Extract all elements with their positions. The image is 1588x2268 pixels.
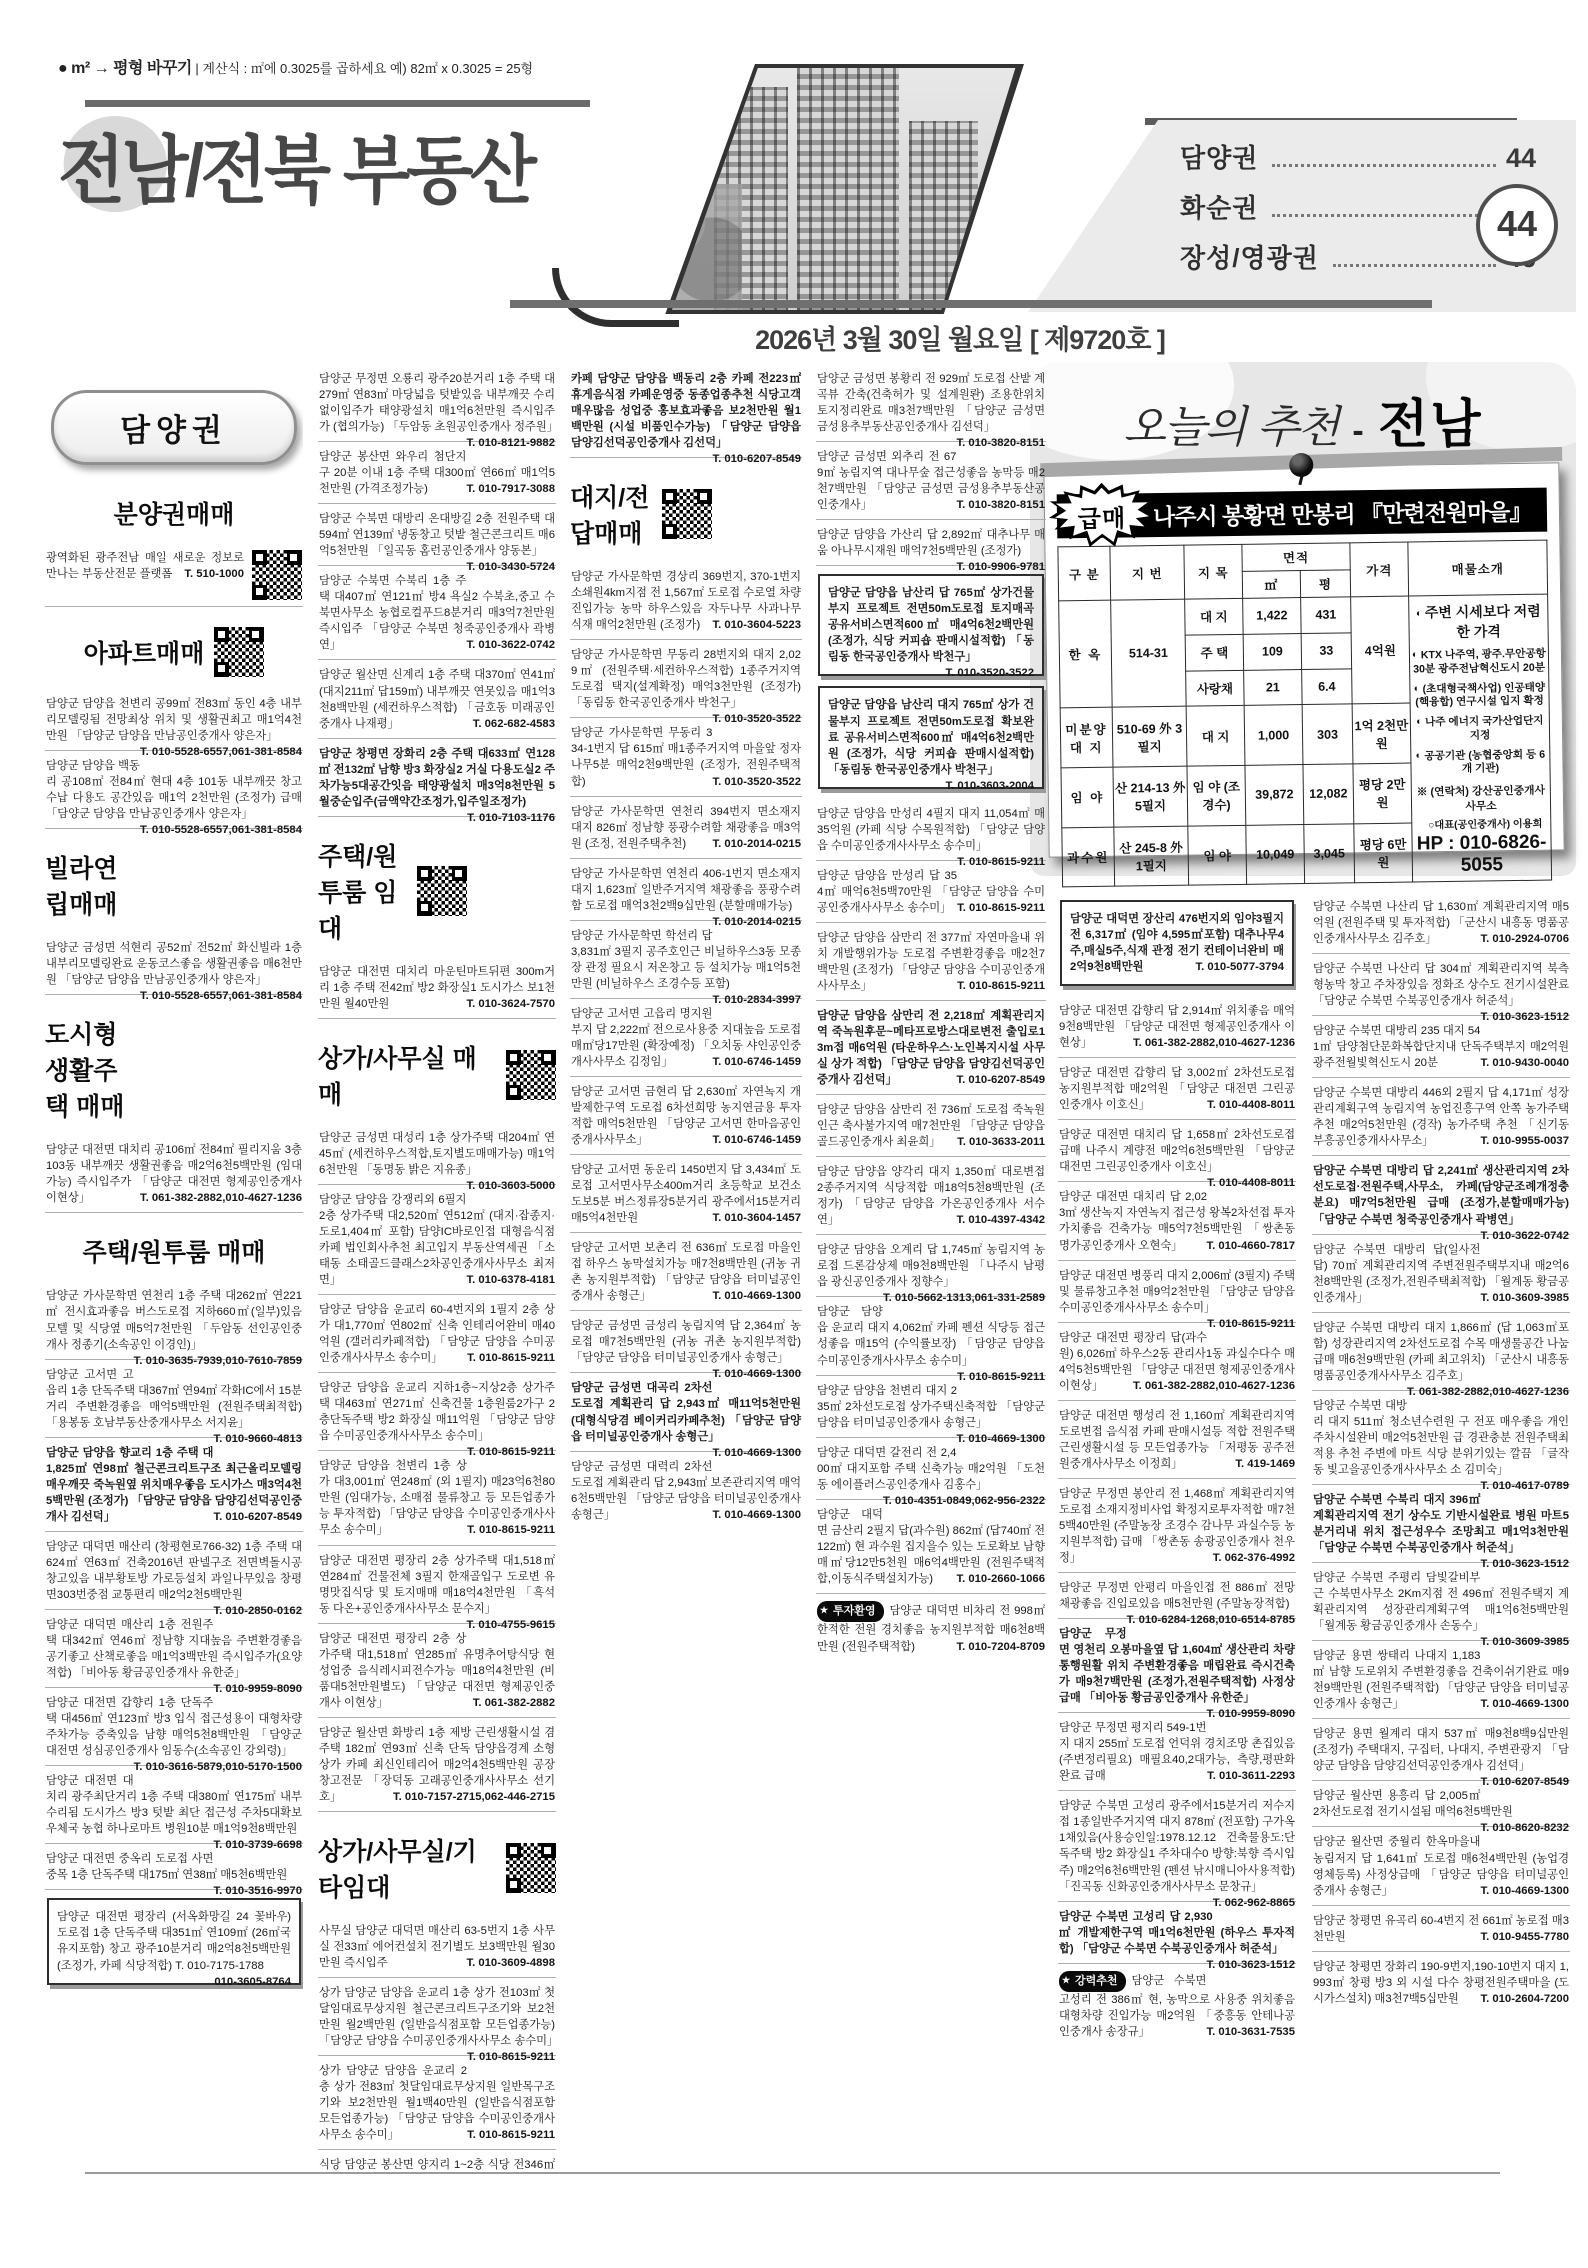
listing-item: 담양군 수북면 대방리 답(일사전답) 70㎡ 계획관리지역 주변전원주택부지내… xyxy=(1312,1235,1570,1313)
listing-text: 담양군 담양읍 백동리 공108㎡ 전84㎡ 현대 4층 101동 내부깨끗 창… xyxy=(46,760,302,820)
listing-item: 상가 담양군 담양읍 운교리 2층 상가 전83㎡ 첫달임대료무상지원 일반목구… xyxy=(318,2056,556,2150)
apartment-tower xyxy=(797,68,899,310)
dotted-leader xyxy=(1333,250,1496,267)
listing-text: 담양군 대전면 대치리 마운틴마트뒤편 300m거리 1층 주택 전42㎡ 방2… xyxy=(319,966,555,1010)
featured-kicker: 오늘의 추천 - 전남 xyxy=(1030,382,1576,457)
listing-item: 담양군 대전면 행성리 전 1,160㎡ 계획관리지역 도로변접 음식점 카페 … xyxy=(1058,1401,1296,1479)
cell-jimok: 대 지 xyxy=(1186,706,1245,766)
listing-item: 담양군 가사문학면 연천리 1층 주택 대262㎡ 연221㎡ 전시효과좋음 버… xyxy=(45,1281,303,1359)
listing-text: 담양군 담양읍 남산리 답 765㎡ 상가건물부지 프로젝트 전면50m도로접 … xyxy=(828,587,1034,663)
index-item-damyang: 담양권 44 xyxy=(1180,138,1536,175)
listing-phone: T. 010-6746-1459 xyxy=(712,1132,801,1148)
listing-item: 담양군 대전면 평장리 2층 상가주택 대1,518㎡ 연284㎡ 건물전체 3… xyxy=(318,1546,556,1624)
listing-phone: T. 010-3430-5724 xyxy=(466,559,555,575)
listing-item: 담양군 담양읍 남산리 대지 765㎡ 상가 건물부지 프로젝트 전면50m도로… xyxy=(818,686,1044,788)
intro-bullet: 공공기관 (농협중앙회 등 6개 기관) xyxy=(1412,747,1548,777)
listing-text: 담양군 수북면 주평리 담빛갈비부근 수북면사무소 2Km지점 전 496㎡ 전… xyxy=(1313,1572,1569,1632)
listing-phone: T. 010-3635-7939,010-7610-7859 xyxy=(134,1353,302,1369)
listing-text: 담양군 담양읍 천변리 1층 상가 대3,001㎡ 연248㎡ (외 1필지) … xyxy=(319,1460,555,1536)
listing-text: 담양군 대전면 대치리 답 1,658㎡ 2차선도로접 급매 나주시 계량전 매… xyxy=(1059,1129,1295,1173)
listing-text: 담양군 창평면 유곡리 60-4번지 전 661㎡ 농로접 매3천만원 T. 0… xyxy=(1313,1915,1569,1943)
featured-listing-table: 구 분 지 번 지 목 면적 가격 매물소개 ㎡ 평 한 옥 514-31 대 … xyxy=(1057,540,1552,888)
index-page-number: 44 xyxy=(1506,143,1536,174)
listing-item: 담양군 수북면 나산리 답 1,630㎡ 계획관리지역 매5억원 (전원주택 및… xyxy=(1312,892,1570,954)
listing-text: 담양군 담양읍 삼만리 전 736㎡ 도로접 죽녹원인근 축사불가지역 매7천만… xyxy=(817,1104,1045,1148)
listing-item: 담양군 담양읍 운교리 지하1층~지상2층 상가주택 대463㎡ 연271㎡ 신… xyxy=(318,1373,556,1451)
listing-item: 담양군 수북면 대방리 235 대지 541㎡ 담양첨단문화복합단지내 단독주택… xyxy=(1312,1016,1570,1078)
listing-text: 담양군 대전면 평장리 2층 상가주택 대1,518㎡ 연285㎡ 유명추어탕식… xyxy=(319,1633,555,1709)
listing-item: 담양군 금성면 외추리 전 679㎡ 농림지역 대나무숲 접근성좋음 농막등 매… xyxy=(816,442,1046,520)
listing-item: 담양군 담양읍 백동리 공108㎡ 전84㎡ 현대 4층 101동 내부깨끗 창… xyxy=(45,751,303,829)
listing-item: 담양군 대덕면 매산리 (창평현로766-32) 1층 주택 대624㎡ 연63… xyxy=(45,1532,303,1610)
listing-phone: T. 419-1469 xyxy=(1235,1456,1295,1472)
intro-bullet: KTX 나주역, 광주.무안공항 30분 광주전남혁신도시 20분 xyxy=(1411,647,1547,677)
cell-sqm: 109 xyxy=(1243,633,1301,670)
listing-text: 상가 담양군 담양읍 운교리 1층 상가 전103㎡ 첫달임대료무상지원 철근콘… xyxy=(319,1987,556,2047)
listing-text: 담양군 대전면 행성리 전 1,160㎡ 계획관리지역 도로변접 음식점 카페 … xyxy=(1059,1410,1295,1470)
listing-phone: T. 010-5077-3794 xyxy=(1195,959,1284,975)
listing-phone: T. 010-6378-4181 xyxy=(466,1272,555,1288)
listing-item: 담양군 담양읍 만성리 답 354㎡ 매억6천5백70만원 「담양군 담양읍 수… xyxy=(816,861,1046,923)
listing-phone: T. 010-3611-2293 xyxy=(1207,1768,1295,1784)
listing-item: 담양군 창평면 유곡리 60-4번지 전 661㎡ 농로접 매3천만원 T. 0… xyxy=(1312,1906,1570,1952)
listing-item: 담양군 수북면 주평리 담빛갈비부근 수북면사무소 2Km지점 전 496㎡ 전… xyxy=(1312,1563,1570,1641)
intro-bullet: (초대형국책사업) 인공태양(핵융합) 연구시설 입지 확정 xyxy=(1411,680,1547,710)
region-header: 담양권 xyxy=(51,390,297,465)
listing-text: 담양군 대덕면 매산리 (창평현로766-32) 1층 주택 대624㎡ 연63… xyxy=(46,1541,302,1601)
listing-phone: T. 010-8615-9211 xyxy=(957,1369,1045,1385)
cell-pyeong: 303 xyxy=(1302,704,1353,764)
listing-item: 담양군 금성면 금성리 농림지역 답 2,364㎡ 농로접 매7천5백만원 (귀… xyxy=(570,1311,802,1373)
cell-price: 평당 6만원 xyxy=(1354,823,1413,883)
cell-price: 평당 2만원 xyxy=(1353,763,1412,823)
listing-text: 담양군 수북면 고성리 광주에서15분거리 저수지접 1종일반주거지역 대지 8… xyxy=(1059,1800,1295,1892)
col-header-intro: 매물소개 xyxy=(1408,540,1548,596)
listing-item: 담양군 수북면 수북리 1층 주택 대407㎡ 연121㎡ 방4 욕실2 수북초… xyxy=(318,566,556,660)
listing-item: 투자환영담양군 대덕면 비차리 전 998㎡ 한적한 전원 경치좋음 농지원부적… xyxy=(816,1594,1046,1661)
listing-phone: T. 010-9959-8090 xyxy=(213,1681,302,1697)
section-header-label: 빌라연립매매 xyxy=(45,849,140,921)
listing-phone: T. 010-9455-7780 xyxy=(1480,1929,1569,1945)
listing-text: 담양군 담양읍 만성리 4필지 대지 11,054㎡ 매35억원 (카페 식당 … xyxy=(817,808,1045,852)
listing-text: 광역화된 광주전남 매일 새로운 정보로 만나는 부동산전문 플랫폼 T. 51… xyxy=(46,550,244,582)
listing-text: 담양군 가사문학면 연천리 394번지 면소재지 대지 826㎡ 정남향 풍광수… xyxy=(571,806,801,850)
listing-phone: T. 010-4397-4342 xyxy=(956,1212,1045,1228)
listing-item: 담양군 대전면 병풍리 대지 2,006㎡ (3필지) 주택 및 물류창고추천 … xyxy=(1058,1261,1296,1323)
listing-item: 담양군 수북면 수북리 대지 396㎡ 계획관리지역 전기 상수도 기반시설완료… xyxy=(1312,1485,1570,1563)
unit-conversion-formula: | 계산식 : ㎡에 0.3025를 곱하세요 예) 82㎡ x 0.3025 … xyxy=(192,61,533,76)
listing-phone: T. 010-5662-1313,061-331-2589 xyxy=(883,1290,1045,1306)
listing-text: 담양군 무정면 평지리 549-1번지 대지 255㎡ 도로접 언덕위 경치조망… xyxy=(1059,1722,1295,1782)
listing-phone: T. 010-2834-3997 xyxy=(712,992,801,1008)
listing-item: 담양군 수북면 대방리 온대방길 2층 전원주택 대594㎡ 연139㎡ 냉동창… xyxy=(318,504,556,566)
intro-contact-office: ※ (연락처) 강산공인중개사사무소 xyxy=(1413,783,1549,815)
listing-text: 담양군 봉산면 와우리 첨단지구 20분 이내 1층 주택 대300㎡ 연66㎡… xyxy=(319,451,555,495)
section-header-label: 아파트매매 xyxy=(84,634,205,670)
listing-phone: T. 062-682-4583 xyxy=(473,716,555,732)
listing-phone: T. 010-3633-2011 xyxy=(957,1134,1045,1150)
cell-sqm: 21 xyxy=(1244,669,1302,706)
listing-text: 담양군 월산면 화방리 1층 제방 근린생활시설 겸 주택 182㎡ 연93㎡ … xyxy=(319,1727,555,1803)
listing-phone: T. 010-4669-1300 xyxy=(712,1445,801,1461)
listing-phone: T. 010-4351-0849,062-956-2322 xyxy=(883,1493,1045,1509)
listing-text: 담양군 대전면 병풍리 대지 2,006㎡ (3필지) 주택 및 물류창고추천 … xyxy=(1059,1270,1295,1314)
listing-text: 담양군 대전면 갑향리 답 2,914㎡ 위치좋음 매억9천8백만원 「담양군 … xyxy=(1059,1005,1295,1049)
listing-phone: T. 010-3820-8151 xyxy=(956,497,1045,513)
listing-text: 담양군 고서면 고읍리 1층 단독주택 대367㎡ 연94㎡ 각화IC에서 15… xyxy=(46,1369,302,1429)
listing-phone: T. 010-9959-8090 xyxy=(1206,1706,1295,1722)
listing-phone: T. 010-3820-8151 xyxy=(956,435,1045,451)
listing-item: 식당 담양군 봉산면 양지리 1~2층 식당 전346㎡ 신축 엘리베이터 음식… xyxy=(318,2150,556,2170)
listing-text: 담양군 대전면 대치리 공106㎡ 전84㎡ 필리지움 3층 103동 내부깨끗… xyxy=(46,1144,302,1204)
promo-badge: 투자환영 xyxy=(817,1601,884,1623)
listing-phone: T. 010-9430-0040 xyxy=(1480,1055,1569,1071)
listing-item: 담양군 월산면 신계리 1층 주택 대370㎡ 연41㎡ (대지211㎡ 답15… xyxy=(318,660,556,738)
listing-text: 담양군 금성면 대력리 2차선도로접 계획관리 답 2,943㎡ 보존관리지역 … xyxy=(571,1461,801,1521)
listing-text: 담양군 수북면 수북리 대지 396㎡ 계획관리지역 전기 상수도 기반시설완료… xyxy=(1313,1494,1569,1554)
listing-phone: T. 010-6207-8549 xyxy=(712,451,801,467)
listing-item: 담양군 담양읍 양각리 대지 1,350㎡ 대로변접 2종주거지역 식당적합 매… xyxy=(816,1157,1046,1235)
listing-item: 담양군 담양읍 향교리 1층 주택 대1,825㎡ 연98㎡ 철근콘크리트구조 … xyxy=(45,1438,303,1532)
section-header: 주택/원투룸 임대 xyxy=(318,817,467,957)
cell-listing-intro: 주변 시세보다 저렴한 가격 KTX 나주역, 광주.무안공항 30분 광주전남… xyxy=(1409,594,1552,882)
section-header-label: 상가/사무실/기타임대 xyxy=(318,1832,496,1904)
featured-paper-card: 급매 나주시 봉황면 만봉리 『만련전원마을』 구 분 지 번 지 목 면적 가… xyxy=(1043,462,1564,857)
featured-ad-panel: 오늘의 추천 - 전남 급매 나주시 봉황면 만봉리 『만련전원마을』 구 분 … xyxy=(1030,362,1576,876)
listing-text: 투자환영담양군 대덕면 비차리 전 998㎡ 한적한 전원 경치좋음 농지원부적… xyxy=(817,1605,1045,1653)
listing-text: 담양군 수북면 나산리 답 304㎡ 계획관리지역 북측형농막 창고 주차장있음… xyxy=(1313,963,1569,1007)
listing-text: 담양군 담양읍 강쟁리외 6필지 2층 상가주택 대2,520㎡ 연512㎡ (… xyxy=(319,1194,555,1286)
listing-phone: T. 010-3623-1512 xyxy=(1480,1009,1569,1025)
cell-jimok: 주 택 xyxy=(1185,634,1243,671)
listing-phone: T. 010-3739-6698 xyxy=(213,1837,302,1853)
listing-item: 담양군 수북면 대방리 대지 511㎡ 청소년수련원 구 전포 매우좋음 개인주… xyxy=(1312,1391,1570,1485)
listing-text: 담양군 담양읍 운교리 지하1층~지상2층 상가주택 대463㎡ 연271㎡ 신… xyxy=(319,1382,555,1442)
urgent-sale-starburst: 급매 xyxy=(1049,482,1156,549)
listing-item: 담양군 가사문학면 연천리 406-1번지 면소재지 대지 1,623㎡ 일반주… xyxy=(570,859,802,921)
listing-text: 강력추천담양군 수북면 고성리 전 386㎡ 현, 농막으로 사용중 위치좋음 … xyxy=(1059,1975,1295,2039)
cell-jibun: 510-69 外 3필지 xyxy=(1112,706,1187,767)
listing-text: 담양군 수북면 대방리 446외 2필지 답 4,171㎡ 성장관리계획구역 농… xyxy=(1313,1087,1569,1147)
cell-pyeong: 3,045 xyxy=(1304,823,1355,883)
listing-item: 담양군 대전면 갑향리 1층 단독주택 대456㎡ 연123㎡ 방3 입식 접근… xyxy=(45,1688,303,1766)
listing-text: 담양군 수북면 대방리 대지 1,866㎡ (답 1,063㎡포함) 성장관리지… xyxy=(1313,1322,1569,1382)
listing-phone: T. 010-6746-1459 xyxy=(712,1054,801,1070)
listing-phone: T. 010-9906-9781 xyxy=(956,559,1045,575)
listing-phone: T. 010-3622-0742 xyxy=(466,637,555,653)
listing-item: 담양군 무정면 평지리 549-1번지 대지 255㎡ 도로접 언덕위 경치조망… xyxy=(1058,1713,1296,1791)
listing-item: 담양군 금성면 대성리 1층 상가주택 대204㎡ 연45㎡ (세컨하우스적합,… xyxy=(318,1123,556,1185)
listing-phone: T. 010-3603-5000 xyxy=(466,1178,555,1194)
listing-phone: T. 010-8615-9211 xyxy=(957,854,1045,870)
listing-text: 담양군 담양읍 오계리 답 1,745㎡ 농림지역 농로접 드론감상제 매9천8… xyxy=(817,1244,1045,1288)
listing-item: 강력추천담양군 수북면 고성리 전 386㎡ 현, 농막으로 사용중 위치좋음 … xyxy=(1058,1964,1296,2047)
listing-phone: T. 062-376-4992 xyxy=(1213,1550,1295,1566)
listing-text: 담양군 대덕면 금산리 2필지 답(과수원) 862㎡ (답740㎡ 전122㎡… xyxy=(817,1509,1045,1585)
listing-phone: T. 010-8615-9211 xyxy=(467,1522,555,1538)
listing-item: 담양군 대전면 대치리 광주최단거리 1층 주택 대380㎡ 연175㎡ 내부수… xyxy=(45,1766,303,1844)
urgent-sale-label: 급매 xyxy=(1049,482,1156,549)
listing-item: 담양군 대전면 갑향리 답 3,002㎡ 2차선도로접 농지원부적합 매2억원 … xyxy=(1058,1058,1296,1120)
section-header: 상가/사무실 매매 xyxy=(318,1019,556,1123)
unit-conversion-note: ● m² → 평형 바꾸기 | 계산식 : ㎡에 0.3025를 곱하세요 예)… xyxy=(58,55,533,78)
listing-phone: T. 010-8615-9211 xyxy=(467,1444,555,1460)
listing-item: 담양군 금성면 대력리 2차선도로접 계획관리 답 2,943㎡ 보존관리지역 … xyxy=(570,1452,802,1529)
listing-text: 담양군 가사문학면 무동리 28번지외 대지 2,029㎡ (전원주택·세컨하우… xyxy=(571,649,801,709)
listing-text: 담양군 고서면 동운리 1450번지 답 3,434㎡ 도로접 고서면사무소40… xyxy=(571,1164,801,1224)
col-header-gubun: 구 분 xyxy=(1058,546,1111,601)
listing-item: 담양군 담양읍 운교리 대지 4,062㎡ 카페 펜션 식당등 접근성좋음 매1… xyxy=(816,1297,1046,1375)
listing-item: 담양군 용면 월계리 대지 537㎡ 매9천8백9십만원 (조정가) 주택대지,… xyxy=(1312,1719,1570,1781)
listing-item: 담양군 수북면 고성리 답 2,930㎡ 개발제한구역 매1억6천만원 (하우스… xyxy=(1058,1902,1296,1964)
listing-phone: T. 010-8615-9211 xyxy=(467,2127,555,2143)
section-header-label: 주택/원투룸 매매 xyxy=(83,1233,266,1269)
listing-text: 담양군 수북면 나산리 답 1,630㎡ 계획관리지역 매5억원 (전원주택 및… xyxy=(1313,901,1569,945)
listing-text: 담양군 수북면 대방리 답(일사전답) 70㎡ 계획관리지역 주변전원주택부지내… xyxy=(1313,1244,1569,1304)
listing-item: 담양군 창평면 장화리 190-9번지,190-10번지 대지 1,993㎡ 창… xyxy=(1312,1952,1570,2013)
listing-phone: T. 061-382-2882,010-4627-1236 xyxy=(1407,1384,1569,1400)
qr-code-icon xyxy=(252,550,302,600)
section-header-label: 대지/전답매매 xyxy=(570,478,652,550)
listing-phone: T. 010-3603-2004 xyxy=(945,778,1034,794)
listing-item: 담양군 대덕면 매산리 1층 전원주택 대342㎡ 연46㎡ 정남향 지대높음 … xyxy=(45,1610,303,1688)
listing-text: 담양군 창평면 장화리 2층 주택 대633㎡ 연128㎡ 전132㎡ 남향 방… xyxy=(319,748,555,808)
listing-phone: T. 061-382-2882,010-4627-1236 xyxy=(1133,1035,1295,1051)
listing-text: 식당 담양군 봉산면 양지리 1~2층 식당 전346㎡ 신축 엘리베이터 음식… xyxy=(319,2159,555,2170)
qr-code-icon xyxy=(214,627,264,677)
listing-item: 담양군 대전면 갑향리 답 2,914㎡ 위치좋음 매억9천8백만원 「담양군 … xyxy=(1058,996,1296,1058)
listing-text: 담양군 무정면 안평리 마을인접 전 886㎡ 전망 채광좋음 진입로있음 매5… xyxy=(1059,1582,1295,1610)
cell-price: 1억 2천만원 xyxy=(1352,703,1411,763)
listing-item: 담양군 고서면 동운리 1450번지 답 3,434㎡ 도로접 고서면사무소40… xyxy=(570,1155,802,1233)
listing-phone: T. 010-8615-9211 xyxy=(957,978,1045,994)
kicker-region: 전남 xyxy=(1378,396,1482,454)
listing-text: 담양군 담양읍 남산리 대지 765㎡ 상가 건물부지 프로젝트 전면50m도로… xyxy=(828,699,1034,775)
cell-gubun: 임 야 xyxy=(1061,767,1114,827)
listing-item: 담양군 월산면 중월리 한옥마을내 농림저지 답 1,641㎡ 도로접 매6천4… xyxy=(1312,1827,1570,1905)
listing-item: 담양군 수북면 고성리 광주에서15분거리 저수지접 1종일반주거지역 대지 8… xyxy=(1058,1791,1296,1901)
cell-pyeong: 33 xyxy=(1301,633,1351,669)
classified-column-4: 담양군 금성면 봉황리 전 929㎡ 도로접 산밭 계곡뷰 간축(건축허가 및 … xyxy=(816,364,1046,2170)
listing-item: 담양군 대전면 평장리 (서옥화망길 24 꽃바우) 도로접 1층 단독주택 대… xyxy=(47,1898,301,1984)
listing-item: 담양군 금성면 대곡리 2차선도로접 계획관리 답 2,943㎡ 매11억5천만… xyxy=(570,1373,802,1451)
listing-item: 담양군 수북면 대방리 446외 2필지 답 4,171㎡ 성장관리계획구역 농… xyxy=(1312,1078,1570,1156)
classified-column-3: 카페 담양군 담양읍 백동리 2층 카페 전223㎡ 휴게음식점 카페운영중 동… xyxy=(570,364,802,2170)
listing-item: 담양군 수북면 나산리 답 304㎡ 계획관리지역 북측형농막 창고 주차장있음… xyxy=(1312,954,1570,1016)
listing-phone: 010-3605-8764 xyxy=(214,1974,291,1990)
cell-jibun: 514-31 xyxy=(1111,599,1186,707)
listing-text: 담양군 고서면 보촌리 전 636㎡ 도로접 마을인접 하우스 농막설치가능 매… xyxy=(571,1242,801,1302)
listing-phone: T. 010-2660-1066 xyxy=(956,1571,1045,1587)
pushpin-icon xyxy=(1289,453,1313,477)
kicker-dash: - xyxy=(1352,412,1363,450)
dateline-rule xyxy=(510,300,1432,308)
listing-phone: T. 510-1000 xyxy=(184,566,244,582)
section-header-label: 도시형생활주택 매매 xyxy=(45,1015,140,1123)
listing-item: 담양군 가사문학면 연천리 394번지 면소재지 대지 826㎡ 정남향 풍광수… xyxy=(570,797,802,859)
intro-contact-rep: ○대표(공인중개사) 이용희 xyxy=(1421,815,1549,832)
listing-text: 담양군 담양읍 만성리 답 354㎡ 매억6천5백70만원 「담양군 담양읍 수… xyxy=(817,870,1045,914)
section-header: 분양권매매 xyxy=(45,475,303,543)
listing-item: 담양군 고서면 금현리 답 2,630㎡ 자연녹지 개발제한구역 도로접 6차선… xyxy=(570,1077,802,1155)
listing-item: 담양군 담양읍 오계리 답 1,745㎡ 농림지역 농로접 드론감상제 매9천8… xyxy=(816,1235,1046,1297)
listing-text: 담양군 수북면 대방리 답 2,241㎡ 생산관리지역 2차선도로접·전원주택,… xyxy=(1313,1165,1569,1225)
listing-text: 담양군 대전면 갑향리 답 3,002㎡ 2차선도로접 농지원부적합 매2억원 … xyxy=(1059,1067,1295,1111)
classified-column-5: 담양군 대덕면 장산리 476번지외 임야3필지 전 6,317㎡ (임야 4,… xyxy=(1058,892,1296,2170)
col-header-jimok: 지 목 xyxy=(1184,544,1243,599)
listing-text: 담양군 수북면 고성리 답 2,930㎡ 개발제한구역 매1억6천만원 (하우스… xyxy=(1059,1911,1295,1955)
listing-item: 담양군 담양읍 강쟁리외 6필지 2층 상가주택 대2,520㎡ 연512㎡ (… xyxy=(318,1185,556,1295)
listing-text: 담양군 고서면 고읍리 명지원부지 답 2,222㎡ 전으로사용중 지대높음 도… xyxy=(571,1008,801,1068)
section-header: 아파트매매 xyxy=(45,607,303,689)
listing-text: 담양군 담양읍 운교리 대지 4,062㎡ 카페 펜션 식당등 접근성좋음 매1… xyxy=(817,1306,1045,1366)
listing-text: 담양군 월산면 신계리 1층 주택 대370㎡ 연41㎡ (대지211㎡ 답15… xyxy=(319,669,555,729)
intro-highlight: 주변 시세보다 저렴한 가격 xyxy=(1410,601,1547,643)
listing-item: 담양군 무정면 오룡리 광주20분거리 1층 주택 대279㎡ 연83㎡ 마당넓… xyxy=(318,364,556,442)
listing-text: 담양군 담양읍 가산리 답 2,892㎡ 대추나무 매움 아나무시재원 매억7천… xyxy=(817,529,1045,557)
listing-item: 담양군 가사문학면 경상리 369번지, 370-1번지 소쇄원4km지점 전 … xyxy=(570,562,802,640)
col-header-price: 가격 xyxy=(1350,542,1409,597)
bottom-rule xyxy=(85,2172,1500,2174)
listing-text: 담양군 대전면 갑향리 1층 단독주택 대456㎡ 연123㎡ 방3 입식 접근… xyxy=(46,1697,302,1757)
listing-text: 담양군 월산면 중월리 한옥마을내 농림저지 답 1,641㎡ 도로접 매6천4… xyxy=(1313,1836,1569,1896)
listing-phone: T. 010-3516-9970 xyxy=(213,1883,302,1899)
listing-phone: T. 010-6207-8549 xyxy=(213,1509,302,1525)
listing-phone: T. 010-3623-1512 xyxy=(1480,1556,1569,1572)
listing-item: 담양군 수북면 대방리 대지 1,866㎡ (답 1,063㎡포함) 성장관리지… xyxy=(1312,1313,1570,1391)
cell-jimok: 임 야 xyxy=(1188,825,1247,885)
featured-title: 나주시 봉황면 만봉리 『만련전원마을』 xyxy=(1153,493,1532,531)
listing-item: 담양군 창평면 장화리 2층 주택 대633㎡ 연128㎡ 전132㎡ 남향 방… xyxy=(318,739,556,817)
listing-phone: T. 010-8121-9882 xyxy=(466,435,555,451)
listing-text: 담양군 담양읍 향교리 1층 주택 대1,825㎡ 연98㎡ 철근콘크리트구조 … xyxy=(46,1447,302,1523)
listing-text: 담양군 용면 쌍태리 나대지 1,183㎡ 남향 도로위치 주변환경좋음 건축이… xyxy=(1313,1650,1569,1710)
listing-item: 담양군 담양읍 남산리 답 765㎡ 상가건물부지 프로젝트 전면50m도로접 … xyxy=(818,574,1044,676)
listing-text: 담양군 대전면 대치리 답 2,023㎡ 생산녹지 자연녹지 접근성 왕복2차선… xyxy=(1059,1191,1295,1251)
cell-pyeong: 431 xyxy=(1301,597,1351,633)
listing-item: 담양군 대전면 대치리 답 2,023㎡ 생산녹지 자연녹지 접근성 왕복2차선… xyxy=(1058,1182,1296,1260)
listing-item: 담양군 금성면 석현리 공52㎡ 전52㎡ 화신빌라 1층 내부리모델링완료 운… xyxy=(45,933,303,995)
cell-jibun: 산 214-13 外 5필지 xyxy=(1113,766,1188,827)
listing-text: 담양군 무정면 오룡리 광주20분거리 1층 주택 대279㎡ 연83㎡ 마당넓… xyxy=(319,373,556,433)
listing-item: 담양군 대전면 대치리 마운틴마트뒤편 300m거리 1층 주택 전42㎡ 방2… xyxy=(318,957,556,1019)
listing-text: 담양군 담양읍 양각리 대지 1,350㎡ 대로변접 2종주거지역 식당적합 매… xyxy=(817,1166,1045,1226)
listing-item: 담양군 담양읍 천변리 공99㎡ 전83㎡ 동인 4층 내부리모델링됨 전망최상… xyxy=(45,689,303,751)
listing-text: 담양군 금성면 봉황리 전 929㎡ 도로접 산밭 계곡뷰 간축(건축허가 및 … xyxy=(817,373,1045,433)
listing-text: 담양군 금성면 대곡리 2차선도로접 계획관리 답 2,943㎡ 매11억5천만… xyxy=(571,1382,801,1442)
cell-gubun: 미분양 대 지 xyxy=(1060,707,1113,767)
listing-text: 담양군 담양읍 삼만리 전 2,218㎡ 계획관리지역 죽녹원후문~메타프로방스… xyxy=(817,1010,1045,1086)
listing-text: 담양군 대전면 평장리 (서옥화망길 24 꽃바우) 도로접 1층 단독주택 대… xyxy=(57,1911,291,1971)
listing-text: 담양군 대전면 평장리 2층 상가주택 대1,518㎡ 연284㎡ 건물전체 3… xyxy=(319,1555,555,1615)
listing-phone: T. 010-3609-3985 xyxy=(1480,1634,1569,1650)
listing-phone: T. 010-4669-1300 xyxy=(712,1366,801,1382)
listing-text: 담양군 담양읍 운교리 60-4번지외 1필지 2층 상가 대1,770㎡ 연8… xyxy=(319,1304,555,1364)
listing-text: 담양군 수북면 대방리 온대방길 2층 전원주택 대594㎡ 연139㎡ 냉동창… xyxy=(319,513,555,557)
listing-text: 담양군 대전면 중옥리 도로접 사면중목 1층 단독주택 대175㎡ 연38㎡ … xyxy=(46,1853,287,1881)
listing-phone: T. 010-8620-8232 xyxy=(1480,1820,1569,1836)
listing-phone: T. 010-2850-0162 xyxy=(213,1603,302,1619)
listing-phone: T. 061-382-2882,010-4627-1236 xyxy=(140,1190,302,1206)
listing-item: 담양군 무정면 안평리 마을인접 전 886㎡ 전망 채광좋음 진입로있음 매5… xyxy=(1058,1573,1296,1619)
listing-text: 담양군 무정면 영천리 오봉마을옆 답 1,604㎡ 생산관리 차량통행원활 위… xyxy=(1059,1628,1295,1704)
listing-item: 담양군 가사문학면 무동리 334-1번지 답 615㎡ 매1종주거지역 마을앞… xyxy=(570,718,802,796)
listing-phone: T. 010-5528-6557,061-381-8584 xyxy=(140,744,302,760)
listing-phone: T. 010-8615-9211 xyxy=(1207,1316,1295,1332)
listing-text: 담양군 월산면 용흥리 답 2,005㎡ 2차선도로접 전기시설됨 매억6천5백… xyxy=(1313,1790,1513,1818)
qr-code-icon xyxy=(417,866,467,916)
listing-phone: T. 010-4669-1300 xyxy=(1480,1696,1569,1712)
listing-item: 광역화된 광주전남 매일 새로운 정보로 만나는 부동산전문 플랫폼 T. 51… xyxy=(45,543,303,607)
section-header-label: 주택/원투룸 임대 xyxy=(318,837,407,945)
listing-item: 담양군 대전면 평장리 2층 상가주택 대1,518㎡ 연285㎡ 유명추어탕식… xyxy=(318,1624,556,1718)
listing-phone: T. 010-4660-7817 xyxy=(1206,1238,1295,1254)
page-number-badge: 44 xyxy=(1476,184,1558,266)
listing-phone: T. 010-4669-1300 xyxy=(712,1288,801,1304)
listing-text: 담양군 수북면 대방리 대지 511㎡ 청소년수련원 구 전포 매우좋음 개인주… xyxy=(1313,1400,1569,1476)
listing-phone: T. 010-6207-8549 xyxy=(1480,1774,1569,1790)
listing-phone: T. 010-4408-8011 xyxy=(1207,1175,1295,1191)
listing-item: 상가 담양군 담양읍 운교리 1층 상가 전103㎡ 첫달임대료무상지원 철근콘… xyxy=(318,1978,556,2056)
section-header: 도시형생활주택 매매 xyxy=(45,995,140,1135)
listing-phone: T. 010-9955-0037 xyxy=(1480,1133,1569,1149)
section-header: 상가/사무실/기타임대 xyxy=(318,1812,556,1916)
listing-phone: T. 010-8615-9211 xyxy=(467,2049,555,2065)
listing-phone: T. 010-6207-8549 xyxy=(956,1072,1045,1088)
dotted-leader xyxy=(1272,150,1496,167)
listing-text: 담양군 금성면 대성리 1층 상가주택 대204㎡ 연45㎡ (세컨하우스적합,… xyxy=(319,1132,555,1176)
listing-phone: T. 010-7157-2715,062-446-2715 xyxy=(393,1789,555,1805)
listing-phone: T. 010-3623-1512 xyxy=(1206,1957,1295,1973)
listing-item: 담양군 담양읍 만성리 4필지 대지 11,054㎡ 매35억원 (카페 식당 … xyxy=(816,799,1046,861)
listing-item: 담양군 가사문학면 무동리 28번지외 대지 2,029㎡ (전원주택·세컨하우… xyxy=(570,640,802,718)
listing-item: 담양군 금성면 봉황리 전 929㎡ 도로접 산밭 계곡뷰 간축(건축허가 및 … xyxy=(816,364,1046,442)
cell-gubun: 과수원 xyxy=(1062,827,1115,887)
listing-text: 담양군 수북면 수북리 1층 주택 대407㎡ 연121㎡ 방4 욕실2 수북초… xyxy=(319,575,555,651)
qr-code-icon xyxy=(662,489,712,539)
listing-phone: T. 010-4755-9615 xyxy=(466,1617,555,1633)
promo-badge: 강력추천 xyxy=(1059,1971,1126,1993)
dateline: 2026년 3월 30일 월요일 [ 제9720호 ] xyxy=(640,318,1280,357)
listing-text: 담양군 가사문학면 학선리 답 3,831㎡ 3필지 공주호인근 비닐하우스3동… xyxy=(571,930,801,990)
listing-phone: T. 010-7103-1176 xyxy=(467,810,555,826)
listing-item: 담양군 대덕면 장산리 476번지외 임야3필지 전 6,317㎡ (임야 4,… xyxy=(1060,900,1294,986)
listing-phone: T. 010-3520-3522 xyxy=(712,774,801,790)
listing-phone: T. 061-382-2882 xyxy=(473,1695,555,1711)
section-header-label: 상가/사무실 매매 xyxy=(318,1039,496,1111)
index-label: 장성/영광권 xyxy=(1180,238,1319,275)
page-title: 전남/전북 부동산 xyxy=(58,112,533,218)
listing-phone: T. 010-2924-0706 xyxy=(1480,931,1569,947)
listing-text: 상가 담양군 담양읍 운교리 2층 상가 전83㎡ 첫달임대료무상지원 일반목구… xyxy=(319,2065,555,2141)
classified-column-6: 담양군 수북면 나산리 답 1,630㎡ 계획관리지역 매5억원 (전원주택 및… xyxy=(1312,892,1570,2170)
listing-phone: T. 010-3631-7535 xyxy=(1206,2024,1295,2040)
listing-text: 담양군 가사문학면 무동리 334-1번지 답 615㎡ 매1종주거지역 마을앞… xyxy=(571,727,801,787)
listing-phone: T. 010-3520-3522 xyxy=(945,665,1034,681)
section-header: 대지/전답매매 xyxy=(570,458,712,562)
col-header-pyeong: 평 xyxy=(1300,570,1350,598)
listing-phone: T. 010-2014-0215 xyxy=(712,836,801,852)
listing-phone: T. 010-3609-4898 xyxy=(466,1955,555,1971)
featured-title-banner: 급매 나주시 봉황면 만봉리 『만련전원마을』 xyxy=(1057,488,1548,539)
listing-item: 담양군 대덕면 갈전리 전 2,400㎡ 대지포함 주택 신축가능 매2억원 「… xyxy=(816,1438,1046,1500)
listing-text: 담양군 가사문학면 경상리 369번지, 370-1번지 소쇄원4km지점 전 … xyxy=(571,571,801,631)
listing-item: 담양군 고서면 고읍리 1층 단독주택 대367㎡ 연94㎡ 각화IC에서 15… xyxy=(45,1360,303,1438)
listing-item: 담양군 무정면 영천리 오봉마을옆 답 1,604㎡ 생산관리 차량통행원활 위… xyxy=(1058,1619,1296,1713)
listing-phone: T. 010-8615-9211 xyxy=(957,900,1045,916)
listing-item: 카페 담양군 담양읍 백동리 2층 카페 전223㎡ 휴게음식점 카페운영중 동… xyxy=(570,364,802,458)
listing-text: 담양군 대전면 평장리 답(과수원) 6,026㎡ 하우스2동 관리사1동 과실… xyxy=(1059,1332,1295,1392)
